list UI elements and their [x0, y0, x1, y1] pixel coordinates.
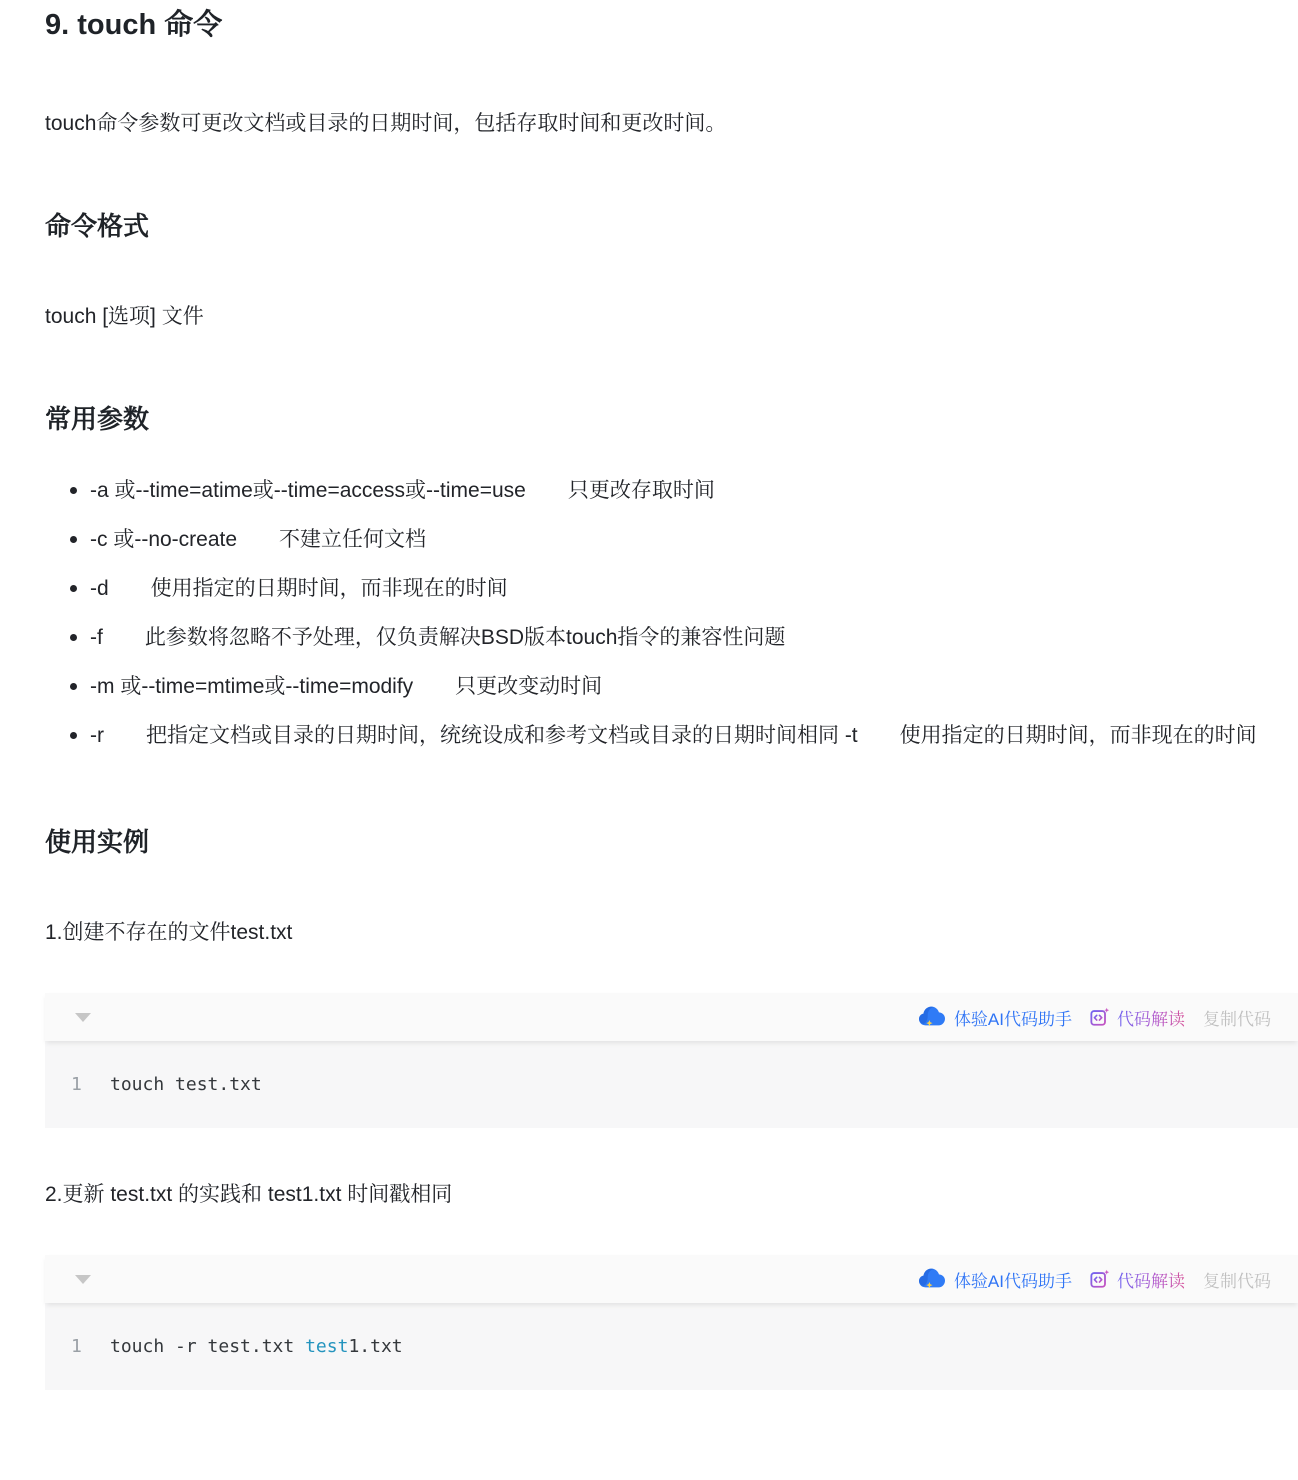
code-toolbar-actions: 体验AI代码助手 代码解读 — [917, 1004, 1271, 1030]
ai-assistant-label: 体验AI代码助手 — [954, 1267, 1072, 1292]
params-list: -a 或--time=atime或--time=access或--time=us… — [45, 466, 1298, 760]
code-explain-button[interactable]: 代码解读 — [1090, 1005, 1185, 1030]
code-explain-button[interactable]: 代码解读 — [1090, 1267, 1185, 1292]
code-area: 1 touch -r test.txt test1.txt — [45, 1303, 1298, 1390]
param-item-c: -c 或--no-create 不建立任何文档 — [45, 515, 1280, 564]
param-item-d: -d 使用指定的日期时间，而非现在的时间 — [45, 564, 1280, 613]
collapse-triangle-icon[interactable] — [75, 1275, 91, 1284]
param-item-f: -f 此参数将忽略不予处理，仅负责解决BSD版本touch指令的兼容性问题 — [45, 613, 1280, 662]
example-2-caption: 2.更新 test.txt 的实践和 test1.txt 时间戳相同 — [45, 1178, 1298, 1211]
ai-assistant-label: 体验AI代码助手 — [954, 1005, 1072, 1030]
code-area: 1 touch test.txt — [45, 1041, 1298, 1128]
page-title: 9. touch 命令 — [45, 8, 1298, 43]
code-explain-icon — [1090, 1269, 1110, 1289]
code-line: 1 touch -r test.txt test1.txt — [71, 1336, 1298, 1357]
ai-assistant-button[interactable]: 体验AI代码助手 — [917, 1266, 1072, 1292]
code-line: 1 touch test.txt — [71, 1074, 1298, 1095]
command-syntax: touch [选项] 文件 — [45, 300, 1298, 333]
code-block-1: 体验AI代码助手 代码解读 — [45, 993, 1298, 1128]
param-item-r: -r 把指定文档或目录的日期时间，统统设成和参考文档或目录的日期时间相同 -t … — [45, 711, 1280, 760]
ai-assistant-button[interactable]: 体验AI代码助手 — [917, 1004, 1072, 1030]
param-item-a: -a 或--time=atime或--time=access或--time=us… — [45, 466, 1280, 515]
ai-cloud-icon — [917, 1266, 947, 1292]
line-number: 1 — [71, 1336, 91, 1357]
code-explain-label: 代码解读 — [1117, 1267, 1185, 1292]
example-1-caption: 1.创建不存在的文件test.txt — [45, 916, 1298, 949]
intro-paragraph: touch命令参数可更改文档或目录的日期时间，包括存取时间和更改时间。 — [45, 107, 1298, 140]
article: 9. touch 命令 touch命令参数可更改文档或目录的日期时间，包括存取时… — [0, 8, 1298, 1390]
copy-code-button[interactable]: 复制代码 — [1203, 1005, 1271, 1030]
section-heading-format: 命令格式 — [45, 210, 1298, 243]
code-block-2: 体验AI代码助手 代码解读 — [45, 1255, 1298, 1390]
param-item-m: -m 或--time=mtime或--time=modify 只更改变动时间 — [45, 662, 1280, 711]
ai-cloud-icon — [917, 1004, 947, 1030]
code-text: touch test.txt — [110, 1074, 262, 1095]
section-heading-examples: 使用实例 — [45, 826, 1298, 859]
code-explain-label: 代码解读 — [1117, 1005, 1185, 1030]
copy-code-button[interactable]: 复制代码 — [1203, 1267, 1271, 1292]
line-number: 1 — [71, 1074, 91, 1095]
code-explain-icon — [1090, 1007, 1110, 1027]
section-heading-params: 常用参数 — [45, 403, 1298, 436]
code-text: touch -r test.txt test1.txt — [110, 1336, 403, 1357]
code-toolbar: 体验AI代码助手 代码解读 — [45, 1255, 1298, 1303]
code-toolbar-actions: 体验AI代码助手 代码解读 — [917, 1266, 1271, 1292]
code-toolbar: 体验AI代码助手 代码解读 — [45, 993, 1298, 1041]
collapse-triangle-icon[interactable] — [75, 1013, 91, 1022]
